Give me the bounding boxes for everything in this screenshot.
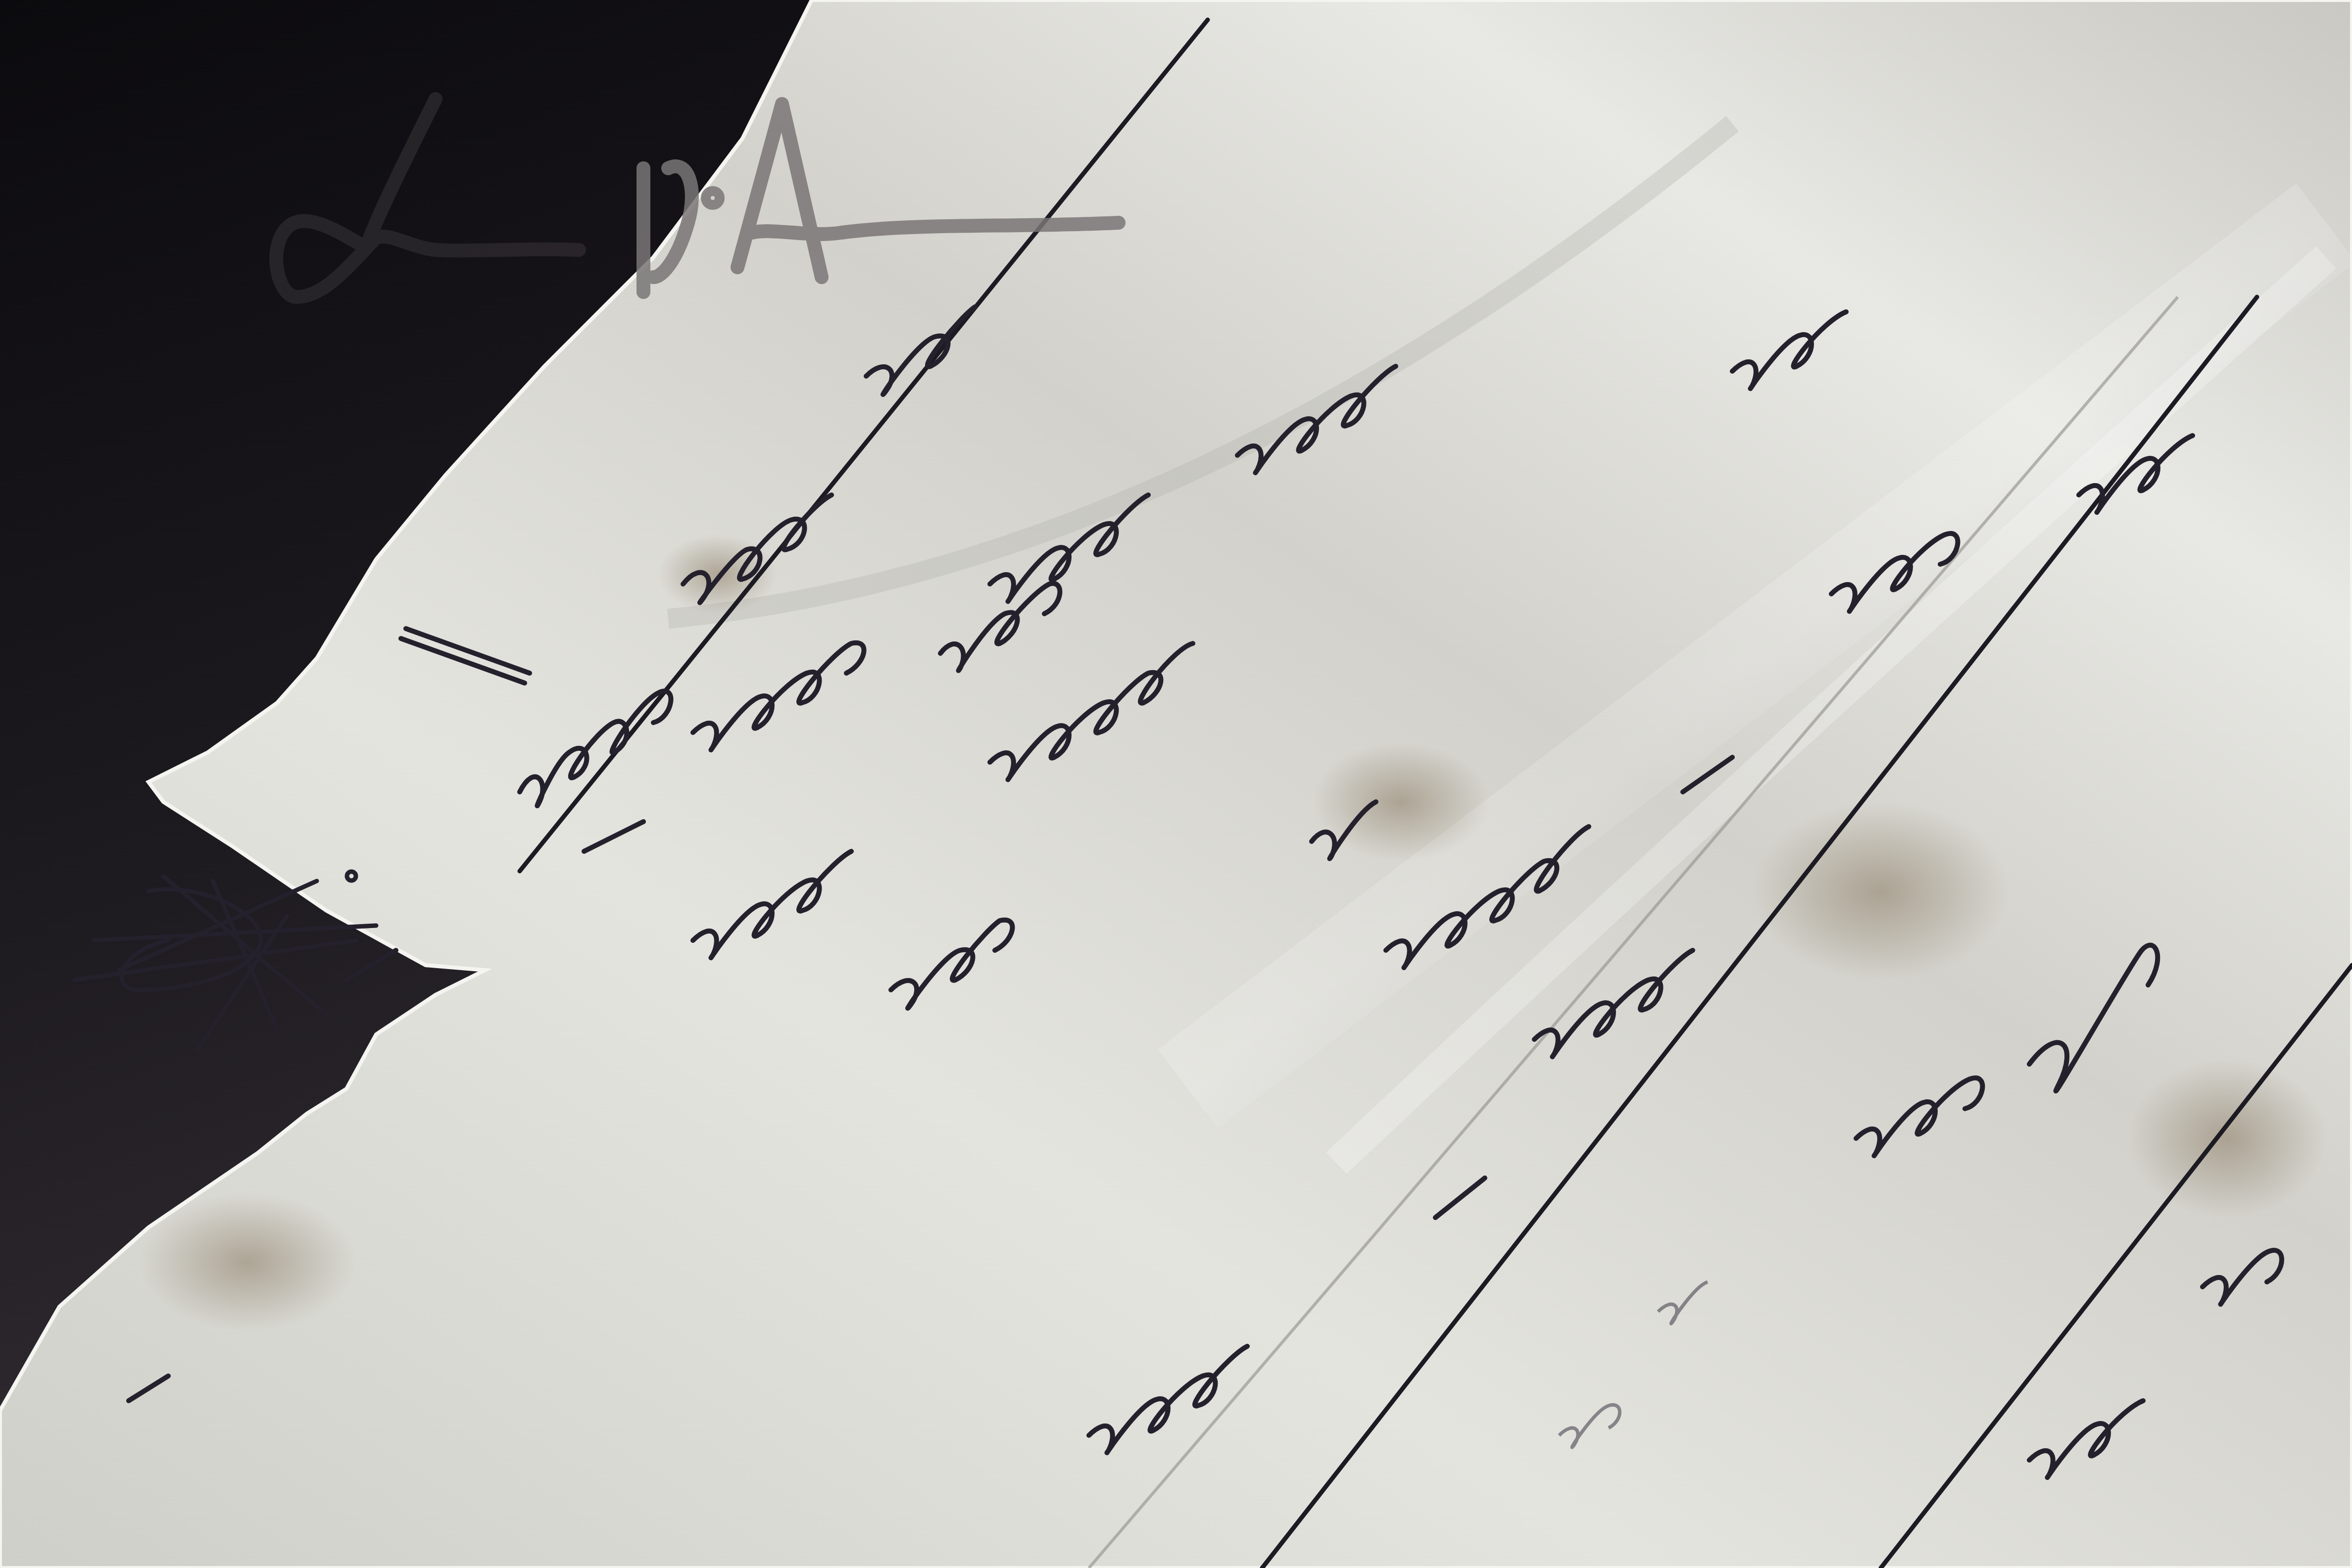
image-alt-text: Close-up photograph of an old, torn hand… bbox=[20, 1541, 483, 1553]
signature-watermark bbox=[0, 0, 2352, 1568]
photo-scene: Close-up photograph of an old, torn hand… bbox=[0, 0, 2352, 1568]
